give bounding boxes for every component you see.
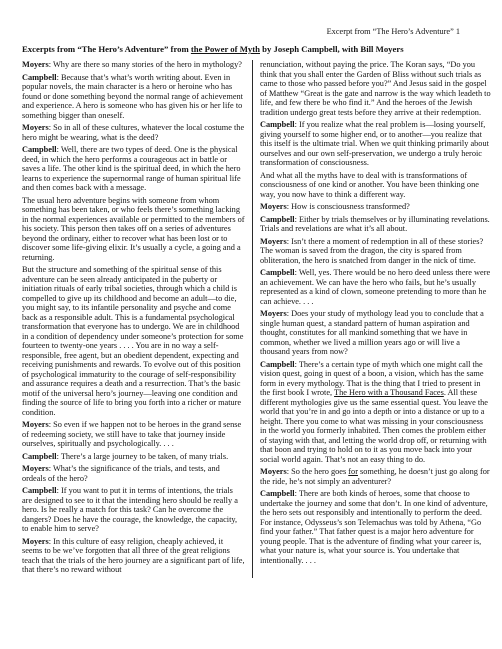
right-column: renunciation, without paying the price. …	[252, 60, 491, 578]
continuation-paragraph: But the structure and something of the s…	[22, 265, 245, 417]
paragraph-text: Does your study of mythology lead you to…	[260, 309, 484, 356]
page-header: Excerpt from “The Hero’s Adventure” 1	[327, 27, 460, 37]
paragraph-text: If you realize what the real problem is—…	[260, 120, 489, 167]
document-title: Excerpts from “The Hero’s Adventure” fro…	[22, 44, 494, 55]
paragraph-text: What’s the significance of the trials, a…	[22, 464, 220, 483]
speaker-name: Moyers	[260, 467, 287, 476]
paragraph-text: So the hero goes	[291, 467, 348, 476]
dialogue-paragraph: Campbell: Well, there are two types of d…	[22, 145, 245, 193]
dialogue-paragraph: Campbell: There’s a certain type of myth…	[260, 360, 491, 465]
underlined-text: The Hero with a Thousand Faces	[334, 388, 444, 397]
paragraph-text: . All these different mythologies give u…	[260, 388, 488, 464]
paragraph-text: In this culture of easy religion, cheapl…	[22, 537, 245, 575]
title-text-pre: Excerpts from “The Hero’s Adventure” fro…	[22, 44, 191, 54]
dialogue-paragraph: Campbell: There’s a large journey to be …	[22, 452, 245, 462]
paragraph-text: Either by trials themselves or by illumi…	[260, 215, 490, 234]
dialogue-paragraph: Campbell: There are both kinds of heroes…	[260, 489, 491, 565]
underlined-text: for	[348, 467, 358, 476]
paragraph-text: But the structure and something of the s…	[22, 265, 243, 417]
speaker-name: Campbell	[22, 486, 57, 495]
dialogue-paragraph: Campbell: Well, yes. There would be no h…	[260, 268, 491, 306]
speaker-name: Moyers	[22, 123, 49, 132]
paragraph-text: renunciation, without paying the price. …	[260, 60, 491, 117]
speaker-name: Moyers	[260, 309, 287, 318]
dialogue-paragraph: Moyers: Isn’t there a moment of redempti…	[260, 237, 491, 266]
speaker-name: Moyers	[22, 420, 49, 429]
paragraph-text: There’s a large journey to be taken, of …	[61, 452, 228, 461]
speaker-name: Moyers	[260, 202, 287, 211]
continuation-paragraph: renunciation, without paying the price. …	[260, 60, 491, 117]
speaker-name: Campbell	[22, 145, 57, 154]
speaker-name: Moyers	[22, 537, 49, 546]
dialogue-paragraph: Moyers: In this culture of easy religion…	[22, 537, 245, 575]
speaker-name: Campbell	[22, 73, 57, 82]
left-column: Moyers: Why are there so many stories of…	[22, 60, 252, 578]
dialogue-paragraph: Moyers: How is consciousness transformed…	[260, 202, 491, 212]
paragraph-text: There are both kinds of heroes, some tha…	[260, 489, 488, 565]
dialogue-paragraph: Moyers: So even if we happen not to be h…	[22, 420, 245, 449]
speaker-name: Campbell	[260, 489, 295, 498]
title-text-post: by Joseph Campbell, with Bill Moyers	[260, 44, 404, 54]
speaker-name: Campbell	[260, 268, 295, 277]
paragraph-text: Isn’t there a moment of redemption in al…	[260, 237, 483, 265]
paragraph-text: So in all of these cultures, whatever th…	[22, 123, 244, 142]
continuation-paragraph: And what all the myths have to deal with…	[260, 171, 491, 200]
speaker-name: Moyers	[260, 237, 287, 246]
speaker-name: Campbell	[260, 120, 295, 129]
dialogue-paragraph: Moyers: Why are there so many stories of…	[22, 60, 245, 70]
paragraph-text: Why are there so many stories of the her…	[53, 60, 242, 69]
dialogue-paragraph: Campbell: Either by trials themselves or…	[260, 215, 491, 234]
title-underlined-book: the Power of Myth	[191, 44, 260, 54]
dialogue-paragraph: Moyers: Does your study of mythology lea…	[260, 309, 491, 357]
dialogue-paragraph: Campbell: Because that’s what’s worth wr…	[22, 73, 245, 121]
dialogue-paragraph: Campbell: If you want to put it in terms…	[22, 486, 245, 534]
dialogue-paragraph: Campbell: If you realize what the real p…	[260, 120, 491, 168]
speaker-name: Moyers	[22, 60, 49, 69]
document-page: Excerpt from “The Hero’s Adventure” 1 Ex…	[0, 0, 502, 649]
paragraph-text: The usual hero adventure begins with som…	[22, 196, 245, 262]
speaker-name: Campbell	[260, 215, 295, 224]
paragraph-text: How is consciousness transformed?	[291, 202, 410, 211]
continuation-paragraph: The usual hero adventure begins with som…	[22, 196, 245, 263]
paragraph-text: And what all the myths have to deal with…	[260, 171, 479, 199]
paragraph-text: Well, yes. There would be no hero deed u…	[260, 268, 490, 306]
dialogue-paragraph: Moyers: So the hero goes for something, …	[260, 467, 491, 486]
speaker-name: Campbell	[260, 360, 295, 369]
dialogue-paragraph: Moyers: So in all of these cultures, wha…	[22, 123, 245, 142]
paragraph-text: So even if we happen not to be heroes in…	[22, 420, 241, 448]
speaker-name: Campbell	[22, 452, 57, 461]
two-column-layout: Moyers: Why are there so many stories of…	[22, 60, 491, 578]
dialogue-paragraph: Moyers: What’s the significance of the t…	[22, 464, 245, 483]
speaker-name: Moyers	[22, 464, 49, 473]
